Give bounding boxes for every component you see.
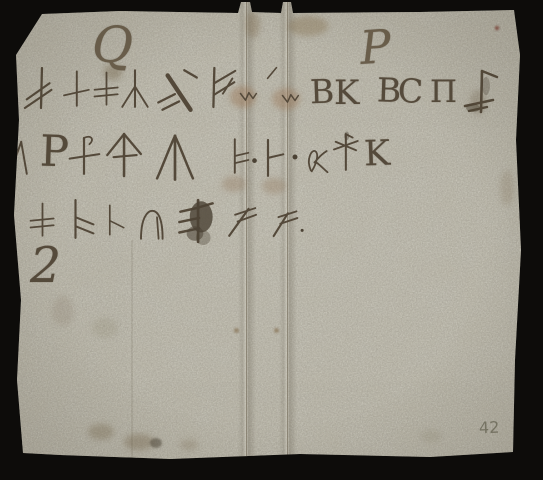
edge-vignette [0,0,543,480]
paper-sheet: Q P B K BC Π P K 2 42 [0,0,543,480]
manuscript-photo: Q P B K BC Π P K 2 42 [0,0,543,480]
